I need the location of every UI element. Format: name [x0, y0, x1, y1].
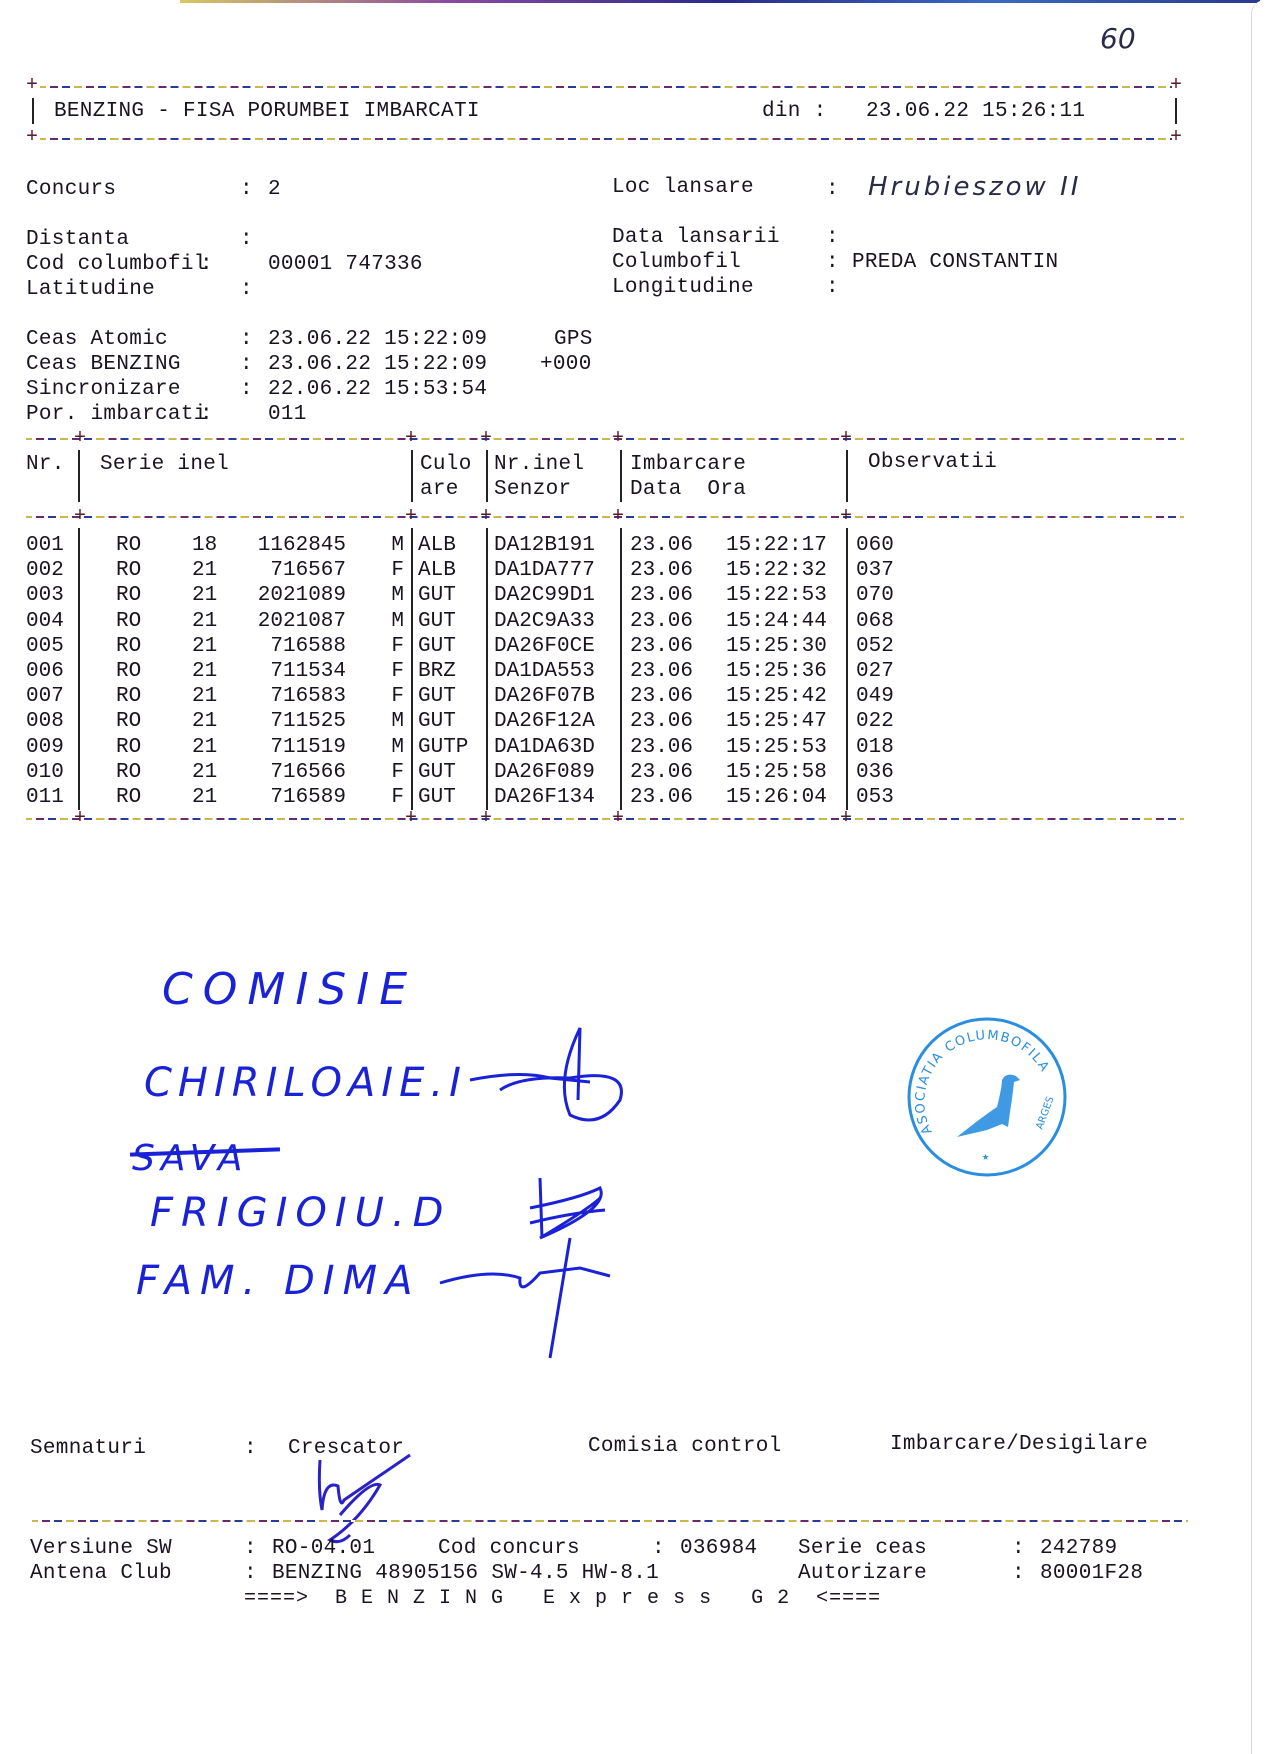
cell-sensor: DA26F0CE [494, 634, 618, 659]
cell-sensor: DA1DA553 [494, 659, 618, 684]
serie-ceas-value: 242789 [1040, 1536, 1117, 1561]
rule-plus: + [480, 429, 492, 449]
signature-dima [430, 1228, 620, 1368]
sincronizare-label: Sincronizare [26, 377, 181, 402]
rule-plus: + [612, 809, 624, 829]
rule-plus: + [405, 809, 417, 829]
cell-nr: 009 [26, 735, 70, 760]
cell-year: 21 [192, 634, 222, 659]
cell-sensor: DA12B191 [494, 533, 618, 558]
col-header-culoare-1: Culo [420, 452, 472, 477]
colon: : [240, 377, 253, 402]
cell-country: RO [116, 735, 156, 760]
commission-member-name: FAM. DIMA [136, 1258, 420, 1304]
commission-member-name: CHIRILOAIE.I [144, 1060, 467, 1106]
cell-nr: 005 [26, 634, 70, 659]
cell-ring: 711525 [236, 709, 346, 734]
signature-comisia-label: Comisia control [588, 1434, 782, 1459]
sincronizare-value: 22.06.22 15:53:54 [268, 377, 487, 402]
cell-sex: F [384, 558, 404, 583]
cell-time: 15:22:32 [726, 558, 844, 583]
cell-sex: F [384, 760, 404, 785]
colon: : [240, 277, 253, 302]
colon: : [244, 1436, 257, 1461]
ceas-atomic-label: Ceas Atomic [26, 327, 168, 352]
cell-color: GUT [418, 684, 484, 709]
data-lansarii-label: Data lansarii [612, 225, 780, 250]
footer-rule [32, 1520, 1188, 1522]
rule-plus: + [74, 429, 86, 449]
colon: : [826, 177, 839, 202]
cell-year: 21 [192, 709, 222, 734]
cell-sensor: DA26F07B [494, 684, 618, 709]
cell-obs: 037 [856, 558, 916, 583]
colon: : [240, 352, 253, 377]
header-top-rule [40, 86, 1172, 88]
ceas-atomic-value: 23.06.22 15:22:09 [268, 327, 487, 352]
stamp-text-bottom: ARGES [1034, 1095, 1056, 1131]
colon: : [244, 1536, 257, 1561]
signatures-label: Semnaturi [30, 1436, 146, 1461]
cod-columbofil-value: 00001 747336 [268, 252, 423, 277]
cod-concurs-label: Cod concurs [438, 1536, 580, 1561]
colon: : [1012, 1536, 1025, 1561]
rule-plus: + [840, 507, 852, 527]
corner-plus: + [26, 128, 38, 148]
cell-sensor: DA1DA63D [494, 735, 618, 760]
cell-time: 15:25:58 [726, 760, 844, 785]
cell-year: 21 [192, 760, 222, 785]
col-header-culoare-2: are [420, 477, 459, 502]
loc-lansare-handwritten: Hrubieszow II [868, 172, 1081, 202]
antena-club-value: BENZING 48905156 SW-4.5 HW-8.1 [272, 1561, 659, 1586]
cell-obs: 027 [856, 659, 916, 684]
cell-date: 23.06 [630, 684, 706, 709]
rule-plus: + [612, 507, 624, 527]
rule-plus: + [405, 429, 417, 449]
latitudine-label: Latitudine [26, 277, 155, 302]
cell-nr: 011 [26, 785, 70, 810]
cell-color: GUT [418, 609, 484, 634]
col-header-senzor-1: Nr.inel [494, 452, 584, 477]
cell-country: RO [116, 709, 156, 734]
colon: : [240, 227, 253, 252]
cell-nr: 006 [26, 659, 70, 684]
cell-sex: F [384, 684, 404, 709]
cell-obs: 068 [856, 609, 916, 634]
cell-ring: 711534 [236, 659, 346, 684]
cell-year: 21 [192, 583, 222, 608]
cell-obs: 022 [856, 709, 916, 734]
association-stamp: ASOCIATIA COLUMBOFILA ARGES ★ [902, 1012, 1072, 1182]
star-icon: ★ [982, 1150, 989, 1164]
scan-edge-right [1251, 0, 1276, 1754]
benzing-banner: ====> B E N Z I N G E x p r e s s G 2 <=… [244, 1586, 881, 1611]
colon: : [1012, 1561, 1025, 1586]
rule-plus: + [840, 429, 852, 449]
cell-sex: F [384, 634, 404, 659]
ceas-benzing-label: Ceas BENZING [26, 352, 181, 377]
col-divider [620, 450, 622, 502]
cell-color: GUT [418, 709, 484, 734]
cell-ring: 716589 [236, 785, 346, 810]
ceas-atomic-suffix: GPS [554, 327, 593, 352]
cell-obs: 053 [856, 785, 916, 810]
cell-ring: 716588 [236, 634, 346, 659]
header-date-value: 23.06.22 15:26:11 [866, 99, 1085, 124]
cell-color: ALB [418, 558, 484, 583]
commission-member-name-struck: SAVA [132, 1138, 249, 1179]
cell-time: 15:25:47 [726, 709, 844, 734]
por-imbarcati-label: Por. imbarcati [26, 402, 207, 427]
cell-ring: 716583 [236, 684, 346, 709]
header-bottom-rule [40, 138, 1172, 140]
col-divider [411, 528, 413, 810]
cell-nr: 010 [26, 760, 70, 785]
cell-ring: 1162845 [236, 533, 346, 558]
cell-year: 21 [192, 684, 222, 709]
col-divider [78, 528, 80, 810]
cell-obs: 049 [856, 684, 916, 709]
cell-date: 23.06 [630, 558, 706, 583]
cell-sensor: DA1DA777 [494, 558, 618, 583]
cell-sex: M [384, 583, 404, 608]
cell-country: RO [116, 760, 156, 785]
cod-columbofil-label: Cod columbofil [26, 252, 207, 277]
cell-nr: 001 [26, 533, 70, 558]
cod-concurs-value: 036984 [680, 1536, 757, 1561]
cell-sensor: DA26F134 [494, 785, 618, 810]
ceas-benzing-suffix: +000 [540, 352, 592, 377]
col-divider [411, 450, 413, 502]
colon: : [200, 402, 213, 427]
corner-plus: + [1170, 76, 1182, 96]
cell-date: 23.06 [630, 609, 706, 634]
cell-color: GUT [418, 760, 484, 785]
cell-color: GUT [418, 785, 484, 810]
rule-plus: + [612, 429, 624, 449]
cell-time: 15:25:53 [726, 735, 844, 760]
cell-color: BRZ [418, 659, 484, 684]
cell-country: RO [116, 785, 156, 810]
cell-sensor: DA2C9A33 [494, 609, 618, 634]
cell-sensor: DA2C99D1 [494, 583, 618, 608]
cell-time: 15:25:30 [726, 634, 844, 659]
concurs-label: Concurs [26, 177, 116, 202]
cell-ring: 716567 [236, 558, 346, 583]
columbofil-label: Columbofil [612, 250, 741, 275]
cell-country: RO [116, 634, 156, 659]
table-header-rule [26, 516, 1184, 518]
cell-obs: 052 [856, 634, 916, 659]
columbofil-value: PREDA CONSTANTIN [852, 250, 1058, 275]
document-title: BENZING - FISA PORUMBEI IMBARCATI [54, 99, 480, 124]
loc-lansare-label: Loc lansare [612, 175, 754, 200]
cell-obs: 036 [856, 760, 916, 785]
cell-date: 23.06 [630, 634, 706, 659]
serie-ceas-label: Serie ceas [798, 1536, 927, 1561]
col-header-imbarcare-1: Imbarcare [630, 452, 746, 477]
cell-obs: 018 [856, 735, 916, 760]
cell-sensor: DA26F089 [494, 760, 618, 785]
header-right-border [1175, 98, 1177, 124]
cell-color: GUTP [418, 735, 484, 760]
rule-plus: + [74, 507, 86, 527]
rule-plus: + [480, 507, 492, 527]
cell-date: 23.06 [630, 735, 706, 760]
rule-plus: + [840, 809, 852, 829]
col-divider [78, 450, 80, 502]
col-header-imbarcare-2: Data Ora [630, 477, 746, 502]
cell-year: 18 [192, 533, 222, 558]
cell-time: 15:26:04 [726, 785, 844, 810]
cell-sex: F [384, 659, 404, 684]
cell-country: RO [116, 659, 156, 684]
table-bottom-rule [26, 818, 1184, 820]
signature-chiriloaie [460, 1020, 640, 1130]
cell-country: RO [116, 583, 156, 608]
commission-member-name: FRIGIOIU.D [150, 1190, 451, 1236]
colon: : [826, 275, 839, 300]
header-date-label: din : [762, 99, 827, 124]
antena-club-label: Antena Club [30, 1561, 172, 1586]
cell-nr: 004 [26, 609, 70, 634]
cell-date: 23.06 [630, 785, 706, 810]
cell-date: 23.06 [630, 533, 706, 558]
cell-country: RO [116, 533, 156, 558]
signature-crescator [310, 1450, 430, 1550]
cell-year: 21 [192, 659, 222, 684]
colon: : [826, 225, 839, 250]
header-left-border [32, 98, 34, 124]
colon: : [200, 252, 213, 277]
colon: : [652, 1536, 665, 1561]
col-divider [846, 528, 848, 810]
cell-country: RO [116, 558, 156, 583]
cell-sex: M [384, 735, 404, 760]
cell-time: 15:22:17 [726, 533, 844, 558]
cell-date: 23.06 [630, 709, 706, 734]
cell-sensor: DA26F12A [494, 709, 618, 734]
col-divider [846, 450, 848, 502]
cell-sex: M [384, 533, 404, 558]
versiune-sw-value: RO-04.01 [272, 1536, 375, 1561]
longitudine-label: Longitudine [612, 275, 754, 300]
col-divider [486, 528, 488, 810]
corner-plus: + [26, 76, 38, 96]
concurs-value: 2 [268, 177, 281, 202]
cell-country: RO [116, 684, 156, 709]
cell-color: GUT [418, 583, 484, 608]
col-header-serie-inel: Serie inel [100, 452, 229, 477]
cell-date: 23.06 [630, 659, 706, 684]
cell-year: 21 [192, 609, 222, 634]
colon: : [244, 1561, 257, 1586]
cell-ring: 2021089 [236, 583, 346, 608]
cell-nr: 007 [26, 684, 70, 709]
commission-title: COMISIE [162, 964, 417, 1015]
cell-time: 15:24:44 [726, 609, 844, 634]
col-divider [620, 528, 622, 810]
colon: : [826, 250, 839, 275]
colon: : [240, 327, 253, 352]
cell-obs: 060 [856, 533, 916, 558]
cell-obs: 070 [856, 583, 916, 608]
rule-plus: + [405, 507, 417, 527]
rule-plus: + [480, 809, 492, 829]
cell-country: RO [116, 609, 156, 634]
cell-sex: M [384, 609, 404, 634]
autorizare-value: 80001F28 [1040, 1561, 1143, 1586]
pigeon-icon [957, 1075, 1020, 1137]
cell-color: ALB [418, 533, 484, 558]
versiune-sw-label: Versiune SW [30, 1536, 172, 1561]
por-imbarcati-value: 011 [268, 402, 307, 427]
cell-time: 15:22:53 [726, 583, 844, 608]
cell-ring: 711519 [236, 735, 346, 760]
cell-year: 21 [192, 785, 222, 810]
scan-edge-top [180, 0, 1260, 3]
table-top-rule [26, 438, 1184, 440]
autorizare-label: Autorizare [798, 1561, 927, 1586]
ceas-benzing-value: 23.06.22 15:22:09 [268, 352, 487, 377]
col-header-senzor-2: Senzor [494, 477, 571, 502]
cell-sex: F [384, 785, 404, 810]
col-header-observatii: Observatii [868, 450, 997, 475]
colon: : [240, 177, 253, 202]
cell-date: 23.06 [630, 583, 706, 608]
cell-time: 15:25:42 [726, 684, 844, 709]
cell-nr: 008 [26, 709, 70, 734]
cell-nr: 003 [26, 583, 70, 608]
cell-time: 15:25:36 [726, 659, 844, 684]
cell-sex: M [384, 709, 404, 734]
col-header-nr: Nr. [26, 452, 65, 477]
page-number-handwritten: 60 [1100, 22, 1136, 55]
distanta-label: Distanta [26, 227, 129, 252]
cell-color: GUT [418, 634, 484, 659]
cell-nr: 002 [26, 558, 70, 583]
cell-ring: 716566 [236, 760, 346, 785]
cell-year: 21 [192, 558, 222, 583]
signature-imbarcare-label: Imbarcare/Desigilare [890, 1432, 1148, 1457]
cell-year: 21 [192, 735, 222, 760]
col-divider [486, 450, 488, 502]
cell-ring: 2021087 [236, 609, 346, 634]
cell-date: 23.06 [630, 760, 706, 785]
rule-plus: + [74, 809, 86, 829]
corner-plus: + [1170, 128, 1182, 148]
